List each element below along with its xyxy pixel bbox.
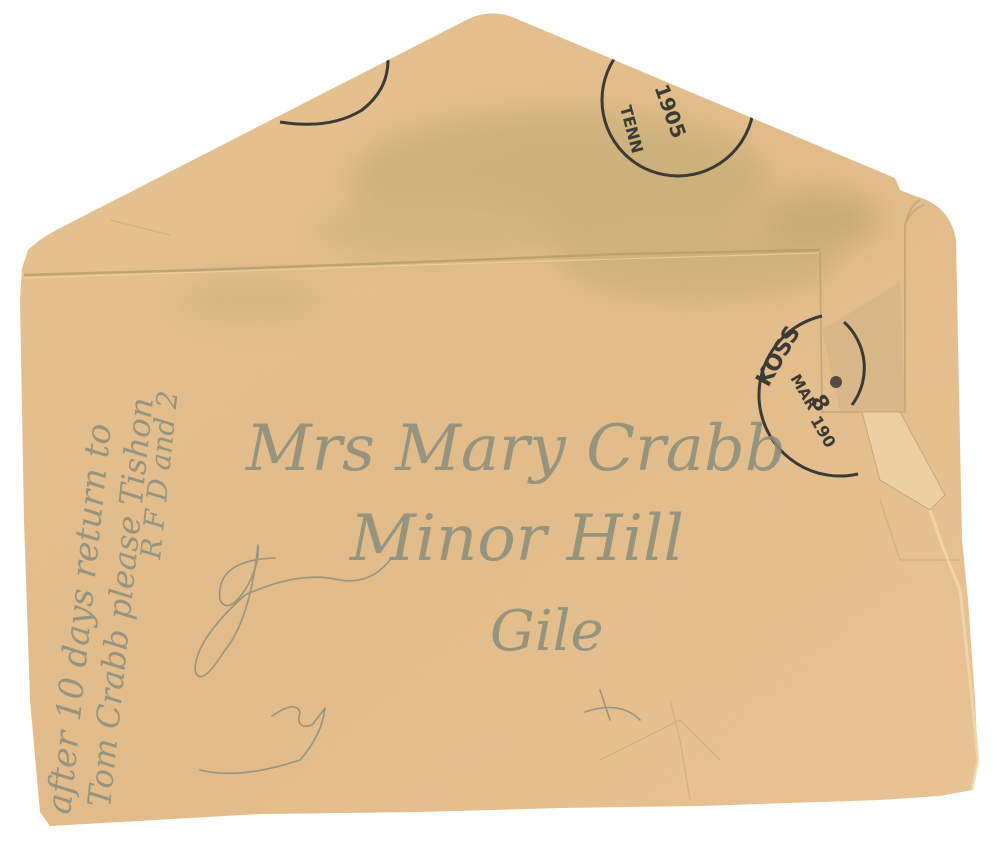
address-line-1: Mrs Mary Crabb <box>245 412 786 486</box>
address-line-3: Gile <box>490 599 604 664</box>
address-line-2: Minor Hill <box>349 502 684 576</box>
envelope-scan: OR HILL 1905 TENN KOSS MAR 8 190 Mrs Mar… <box>0 0 997 841</box>
envelope-illustration: OR HILL 1905 TENN KOSS MAR 8 190 Mrs Mar… <box>0 0 997 841</box>
